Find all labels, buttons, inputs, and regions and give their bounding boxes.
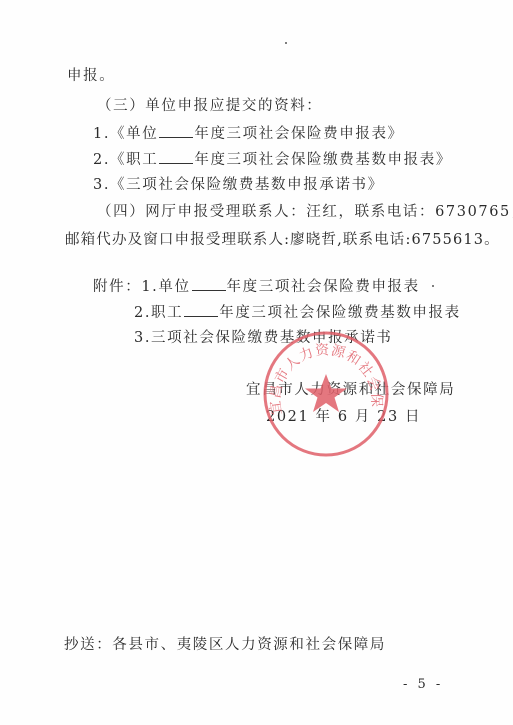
fill-blank (159, 150, 193, 164)
item-suffix: 年度三项社会保险缴费基数申报表》 (194, 152, 452, 168)
section-four-line-2: 邮箱代办及窗口申报受理联系人:廖晓哲,联系电话:6755613。 (65, 231, 500, 249)
attachments-item-3-row: 3.三项社会保险缴费基数申报承诺书 (134, 329, 393, 347)
item-prefix: 3.三项社会保险缴费基数申报承诺书 (134, 330, 393, 346)
signature-organization: 宜昌市人力资源和社会保障局 (246, 381, 455, 399)
fill-blank (184, 303, 218, 317)
document-page: 申报。 （三）单位申报应提交的资料： 1.《单位年度三项社会保险费申报表》 2.… (0, 0, 513, 725)
signature-date: 2021 年 6 月 23 日 (266, 408, 421, 426)
section-three-item-2: 2.《职工年度三项社会保险缴费基数申报表》 (93, 150, 452, 169)
item-prefix: 2.职工 (134, 305, 183, 321)
page-number: - 5 - (403, 677, 443, 692)
section-four-line-1: （四）网厅申报受理联系人：汪红，联系电话：6730765； (97, 203, 513, 221)
attachments-label: 附件： (93, 279, 141, 295)
section-three-item-3: 3.《三项社会保险缴费基数申报承诺书》 (93, 176, 384, 194)
section-three-heading: （三）单位申报应提交的资料： (97, 97, 322, 115)
cc-line: 抄送：各县市、夷陵区人力资源和社会保障局 (64, 636, 386, 654)
attachments-item-1-row: 附件：1.单位年度三项社会保险费申报表 (93, 277, 420, 296)
attachments-item-2-row: 2.职工年度三项社会保险缴费基数申报表 (134, 303, 461, 322)
fill-blank (159, 124, 193, 138)
item-prefix: 1.单位 (141, 279, 190, 295)
scan-speck (432, 285, 434, 287)
item-suffix: 年度三项社会保险费申报表 (227, 279, 420, 295)
item-prefix: 1.《单位 (93, 126, 158, 142)
item-suffix: 年度三项社会保险费申报表》 (194, 126, 403, 142)
item-prefix: 2.《职工 (93, 152, 158, 168)
item-suffix: 年度三项社会保险缴费基数申报表 (219, 305, 461, 321)
continuation-text: 申报。 (67, 67, 115, 85)
section-three-item-1: 1.《单位年度三项社会保险费申报表》 (93, 124, 404, 143)
item-prefix: 3.《三项社会保险缴费基数申报承诺书》 (93, 177, 384, 193)
scan-speck (285, 42, 287, 44)
fill-blank (192, 277, 226, 291)
